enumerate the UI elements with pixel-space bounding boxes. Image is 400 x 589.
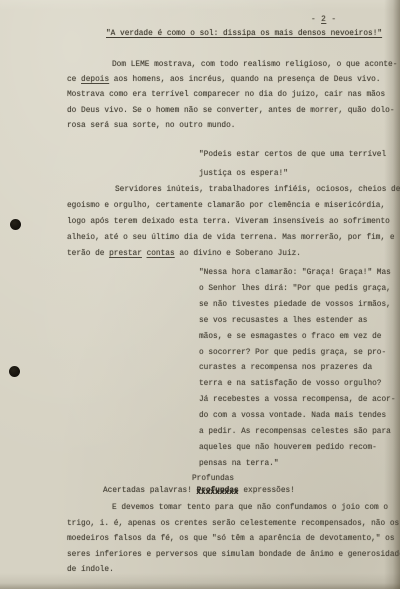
text-segment: Profundas: [192, 475, 234, 483]
text-segment: E devemos tomar tento para que não confu…: [112, 504, 388, 512]
text-segment: logo após terem deixado esta terra. Vive…: [67, 218, 390, 226]
text-line: do com a vossa vontade. Nada mais tendes: [199, 409, 396, 425]
interlinear-insertion: Profundas: [192, 474, 234, 484]
text-line: "Nessa hora clamarão: "Graça! Graça!" Ma…: [199, 266, 396, 282]
text-line: Mostrava como era terrível comparecer no…: [67, 88, 397, 103]
document-title: "A verdade é como o sol: dissipa os mais…: [106, 28, 382, 40]
paragraph-2: Servidores inúteis, trabalhadores infiéi…: [67, 183, 400, 263]
text-line: trigo, i. é, apenas os crentes serão cel…: [67, 517, 400, 533]
underlined-text: "A verdade é como o sol: dissipa os mais…: [106, 30, 382, 38]
text-line: aqueles que não houverem pedido recom-: [199, 441, 396, 457]
underlined-text: prestar: [109, 250, 142, 258]
text-segment: "Nessa hora clamarão: "Graça! Graça!" Ma…: [199, 269, 391, 277]
text-line: Dom LEME mostrava, com todo realismo rel…: [67, 58, 397, 73]
text-line: seres inferiores e perversos que simulam…: [67, 548, 400, 564]
text-line: se vos recusastes a lhes estender as: [199, 314, 396, 330]
text-line: Servidores inúteis, trabalhadores infiéi…: [67, 183, 400, 199]
text-line: moedeiros falsos da fé, os que "só têm a…: [67, 532, 400, 548]
text-segment: Dom LEME mostrava, com todo realismo rel…: [112, 61, 397, 69]
text-segment: de índole.: [67, 566, 114, 574]
block-quote-2: "Nessa hora clamarão: "Graça! Graça!" Ma…: [199, 266, 396, 473]
hole-punch-top: [10, 219, 21, 230]
text-segment: justiça os espera!": [199, 170, 288, 178]
text-line: o socorrer? Por que pedis graça, se pro-: [199, 346, 396, 362]
text-line: curastes a recompensa nos prazeres da: [199, 361, 396, 377]
text-segment: Mostrava como era terrível comparecer no…: [67, 91, 385, 99]
text-segment: terão de: [67, 250, 109, 258]
text-line: de índole.: [67, 563, 400, 579]
text-segment: rosa será sua sorte, no outro mundo.: [67, 122, 235, 130]
exclamation-line: Acertadas palavras! Profundas expressões…: [103, 485, 295, 497]
text-segment: Servidores inúteis, trabalhadores infiéi…: [115, 186, 400, 194]
text-line: o Senhor lhes dirá: "Por que pedis graça…: [199, 282, 396, 298]
text-segment: seres inferiores e perversos que simulam…: [67, 551, 400, 559]
text-line: Profundas: [192, 474, 234, 484]
paragraph-3: E devemos tomar tento para que não confu…: [67, 501, 400, 579]
text-segment: Acertadas palavras!: [103, 487, 197, 495]
text-line: se não tivestes piedade de vossos irmãos…: [199, 298, 396, 314]
text-segment: mãos, e se esmagastes o fraco em vez de: [199, 333, 381, 341]
text-segment: alheio, até o seu último dia de vida ter…: [67, 234, 395, 242]
text-line: terão de prestar contas ao divino e Sobe…: [67, 247, 400, 263]
text-segment: aos homens, aos incréus, quando na prese…: [109, 76, 380, 84]
text-segment: expressões!: [239, 487, 295, 495]
text-line: do Deus vivo. Se o homem não se converte…: [67, 104, 397, 119]
text-segment: pensas na terra.": [199, 460, 279, 468]
text-segment: "Podeis estar certos de que uma terrível: [199, 151, 386, 159]
text-segment: o Senhor lhes dirá: "Por que pedis graça…: [199, 285, 391, 293]
text-segment: do Deus vivo. Se o homem não se converte…: [67, 107, 395, 115]
text-segment: trigo, i. é, apenas os crentes serão cel…: [67, 520, 399, 528]
text-line: "Podeis estar certos de que uma terrível: [199, 146, 386, 165]
text-line: mãos, e se esmagastes o fraco em vez de: [199, 330, 396, 346]
text-segment: terra e na satisfação de vosso orgulho?: [199, 380, 381, 388]
underlined-text: contas: [147, 250, 175, 258]
text-segment: do com a vossa vontade. Nada mais tendes: [199, 412, 386, 420]
text-line: Já recebestes a vossa recompensa, de aco…: [199, 393, 396, 409]
text-line: logo após terem deixado esta terra. Vive…: [67, 215, 400, 231]
text-line: egoismo e orgulho, certamente clamarão p…: [67, 199, 400, 215]
text-segment: -: [311, 16, 321, 24]
block-quote-1: "Podeis estar certos de que uma terrível…: [199, 146, 386, 184]
text-line: - 2 -: [311, 14, 336, 26]
text-line: alheio, até o seu último dia de vida ter…: [67, 231, 400, 247]
text-segment: se vos recusastes a lhes estender as: [199, 317, 367, 325]
text-line: Acertadas palavras! Profundas expressões…: [103, 485, 295, 497]
text-line: justiça os espera!": [199, 165, 386, 184]
text-line: E devemos tomar tento para que não confu…: [67, 501, 400, 517]
text-segment: o socorrer? Por que pedis graça, se pro-: [199, 349, 386, 357]
text-segment: Já recebestes a vossa recompensa, de aco…: [199, 396, 396, 404]
text-line: a pedir. As recompensas celestes são par…: [199, 425, 396, 441]
text-segment: moedeiros falsos da fé, os que "só têm a…: [67, 535, 395, 543]
text-segment: egoismo e orgulho, certamente clamarão p…: [67, 202, 385, 210]
text-line: pensas na terra.": [199, 457, 396, 473]
text-segment: curastes a recompensa nos prazeres da: [199, 364, 372, 372]
underlined-text: depois: [81, 76, 109, 84]
text-segment: ce: [67, 76, 81, 84]
hole-punch-bottom: [9, 366, 20, 377]
text-segment: -: [326, 16, 336, 24]
text-line: "A verdade é como o sol: dissipa os mais…: [106, 28, 382, 40]
text-line: rosa será sua sorte, no outro mundo.: [67, 119, 397, 134]
paragraph-1: Dom LEME mostrava, com todo realismo rel…: [67, 58, 397, 134]
text-segment: a pedir. As recompensas celestes são par…: [199, 428, 391, 436]
text-segment: ao divino e Soberano Juiz.: [175, 250, 301, 258]
page-number: - 2 -: [311, 14, 336, 26]
text-line: terra e na satisfação de vosso orgulho?: [199, 377, 396, 393]
text-segment: aqueles que não houverem pedido recom-: [199, 444, 377, 452]
overstruck-word: Profundas: [197, 487, 239, 495]
text-line: ce depois aos homens, aos incréus, quand…: [67, 73, 397, 88]
text-segment: se não tivestes piedade de vossos irmãos…: [199, 301, 391, 309]
document-page: - 2 - "A verdade é como o sol: dissipa o…: [0, 0, 400, 589]
